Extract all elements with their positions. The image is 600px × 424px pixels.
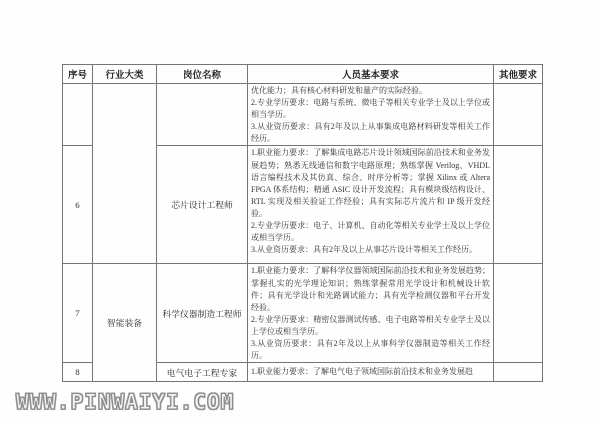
seq-cell: 8: [63, 363, 93, 382]
category-cell-group2: 智能装备: [93, 264, 157, 382]
table-row-7: 7 智能装备 科学仪器制造工程师 1.职业能力要求：了解科学仪器领域国际前沿技术…: [63, 264, 543, 363]
header-seq: 序号: [63, 65, 93, 84]
header-position: 岗位名称: [157, 65, 248, 84]
header-category: 行业大类: [93, 65, 157, 84]
seq-cell: [63, 84, 93, 146]
requirements-cell: 1.职业能力要求：了解科学仪器领域国际前沿技术和业务发展趋势；掌握扎实的光学理论…: [248, 264, 494, 363]
position-cell: 电气电子工程专家: [157, 363, 248, 382]
watermark-text: WWW.PINWAIYI.COM: [16, 390, 234, 414]
requirements-cell: 1.职业能力要求：了解电气电子领域国际前沿技术和业务发展趋: [248, 363, 494, 382]
requirements-cell: 1.职业能力要求：了解集成电路芯片设计领域国际前沿技术和业务发展趋势；熟悉无线通…: [248, 146, 494, 264]
category-cell-group1: [93, 84, 157, 264]
seq-cell: 6: [63, 146, 93, 264]
position-cell: 科学仪器制造工程师: [157, 264, 248, 363]
position-cell: [157, 84, 248, 146]
header-other: 其他要求: [494, 65, 543, 84]
other-requirements-cell: [494, 363, 543, 382]
requirements-cell: 优化能力；具有核心材料研发和量产的实际经验。 2.专业学历要求：电路与系统、微电…: [248, 84, 494, 146]
document-page: 序号 行业大类 岗位名称 人员基本要求 其他要求 优化能力；具有核心材料研发和量…: [0, 0, 600, 424]
position-cell: 芯片设计工程师: [157, 146, 248, 264]
other-requirements-cell: [494, 146, 543, 264]
table-header-row: 序号 行业大类 岗位名称 人员基本要求 其他要求: [63, 65, 543, 84]
seq-cell: 7: [63, 264, 93, 363]
header-requirements: 人员基本要求: [248, 65, 494, 84]
job-requirements-table: 序号 行业大类 岗位名称 人员基本要求 其他要求 优化能力；具有核心材料研发和量…: [62, 64, 543, 382]
other-requirements-cell: [494, 84, 543, 146]
other-requirements-cell: [494, 264, 543, 363]
table-row-continuation: 优化能力；具有核心材料研发和量产的实际经验。 2.专业学历要求：电路与系统、微电…: [63, 84, 543, 146]
